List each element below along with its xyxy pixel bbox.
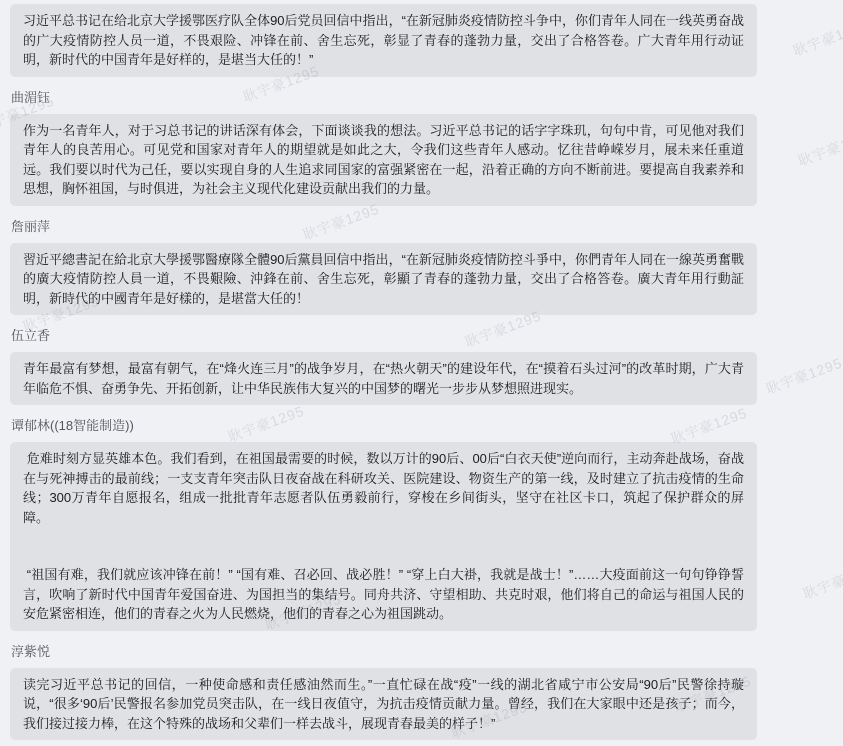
- message-paragraph: “祖国有难，我们就应该冲锋在前！” “国有难、召必回、战必胜！” “穿上白大褂，…: [23, 565, 744, 624]
- author-name: 詹丽萍: [11, 218, 843, 235]
- author-name: 淳紫悦: [11, 643, 843, 660]
- message-bubble: 习近平总书记在给北京大学援鄂医疗队全体90后党员回信中指出，“在新冠肺炎疫情防控…: [10, 4, 757, 77]
- discussion-thread: 习近平总书记在给北京大学援鄂医疗队全体90后党员回信中指出，“在新冠肺炎疫情防控…: [0, 0, 843, 746]
- message-paragraph: 習近平總書記在給北京大學援鄂醫療隊全體90后黨員回信中指出，“在新冠肺炎疫情防控…: [23, 250, 744, 309]
- message-bubble: 習近平總書記在給北京大學援鄂醫療隊全體90后黨員回信中指出，“在新冠肺炎疫情防控…: [10, 243, 757, 316]
- message-bubble: 作为一名青年人，对于习总书记的讲话深有体会，下面谈谈我的想法。习近平总书记的话字…: [10, 114, 757, 206]
- message-paragraph: 习近平总书记在给北京大学援鄂医疗队全体90后党员回信中指出，“在新冠肺炎疫情防控…: [23, 11, 744, 70]
- message-bubble: 危难时刻方显英雄本色。我们看到，在祖国最需要的时候，数以万计的90后、00后“白…: [10, 442, 757, 631]
- message-paragraph: 读完习近平总书记的回信，一种使命感和责任感油然而生。”一直忙碌在战“疫”一线的湖…: [23, 675, 744, 734]
- author-name: 曲湄钰: [11, 89, 843, 106]
- message-paragraph: 危难时刻方显英雄本色。我们看到，在祖国最需要的时候，数以万计的90后、00后“白…: [23, 449, 744, 527]
- message-bubble: 青年最富有梦想，最富有朝气，在“烽火连三月”的战争岁月，在“热火朝天”的建设年代…: [10, 352, 757, 405]
- message-bubble: 读完习近平总书记的回信，一种使命感和责任感油然而生。”一直忙碌在战“疫”一线的湖…: [10, 668, 757, 741]
- message-paragraph: 作为一名青年人，对于习总书记的讲话深有体会，下面谈谈我的想法。习近平总书记的话字…: [23, 121, 744, 199]
- author-name: 谭郁林((18智能制造)): [11, 417, 843, 434]
- author-name: 伍立香: [11, 327, 843, 344]
- message-paragraph: 青年最富有梦想，最富有朝气，在“烽火连三月”的战争岁月，在“热火朝天”的建设年代…: [23, 359, 744, 398]
